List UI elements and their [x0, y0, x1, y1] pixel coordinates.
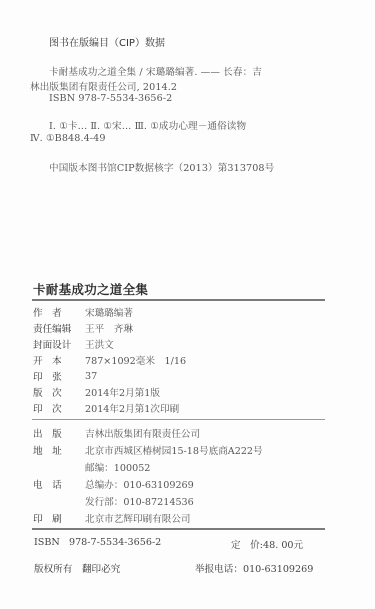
detail-label: 作 者	[33, 305, 85, 319]
detail-row-author: 作 者 宋璐璐编著	[33, 305, 133, 319]
postcode-value: 邮编：100052	[85, 460, 150, 474]
isbn-value: 978-7-5534-3656-2	[69, 537, 161, 548]
price-label: 定 价	[231, 540, 260, 551]
detail-row-edition: 版 次 2014年2月第1版	[33, 385, 160, 399]
phone-label: 电 话	[33, 477, 85, 491]
detail-value: 王平 齐琳	[85, 321, 133, 335]
detail-label: 印 次	[33, 401, 85, 415]
detail-row-format: 开 本 787×1092毫米 1/16	[33, 353, 186, 367]
cip-line-1: 卡耐基成功之道全集 / 宋璐璐编著. —— 长春：吉	[49, 64, 262, 78]
detail-value: 2014年2月第1次印刷	[85, 401, 179, 415]
cip-heading: 图书在版编目（CIP）数据	[49, 34, 165, 49]
detail-value: 2014年2月第1版	[85, 385, 160, 399]
price-value: :48. 00元	[260, 540, 303, 551]
distribution-phone-value: 发行部：010-87214536	[85, 494, 194, 508]
printer-label: 印 刷	[33, 511, 85, 525]
detail-row-printing: 印 次 2014年2月第1次印刷	[33, 401, 179, 415]
publisher-row: 出 版 吉林出版集团有限责任公司	[33, 426, 200, 440]
publisher-value: 吉林出版集团有限责任公司	[85, 426, 200, 440]
book-title: 卡耐基成功之道全集	[33, 280, 148, 298]
report-phone: 010-63109269	[243, 564, 313, 575]
phone-value: 总编办：010-63109269	[85, 477, 194, 491]
cip-classification-line: Ⅰ. ①卡… Ⅱ. ①宋… Ⅲ. ①成功心理－通俗读物	[49, 118, 246, 132]
detail-value: 宋璐璐编著	[85, 305, 133, 319]
detail-row-editor: 责任编辑 王平 齐琳	[33, 321, 133, 335]
cip-line-2: 林出版集团有限责任公司, 2014.2	[30, 79, 177, 93]
printer-value: 北京市艺辉印刷有限公司	[85, 511, 191, 525]
detail-value: 37	[85, 371, 97, 382]
detail-label: 开 本	[33, 353, 85, 367]
publisher-label: 出 版	[33, 426, 85, 440]
isbn-label: ISBN	[34, 537, 60, 548]
cip-classification-line-2: Ⅳ. ①B848.4-49	[30, 133, 106, 144]
copyright-notice: 版权所有 翻印必究	[34, 561, 120, 575]
cip-record-number: 中国版本图书馆CIP数据核字（2013）第313708号	[49, 160, 274, 174]
detail-value: 王洪文	[85, 337, 114, 351]
report-footer: 举报电话：010-63109269	[195, 561, 313, 575]
price-footer: 定 价:48. 00元	[231, 537, 303, 551]
detail-row-sheets: 印 张 37	[33, 369, 97, 383]
detail-value: 787×1092毫米 1/16	[85, 353, 186, 367]
detail-label: 封面设计	[33, 337, 85, 351]
address-label: 地 址	[33, 443, 85, 457]
divider-top	[32, 299, 325, 301]
detail-label: 责任编辑	[33, 321, 85, 335]
divider-middle	[32, 419, 325, 420]
detail-label: 版 次	[33, 385, 85, 399]
report-label: 举报电话：	[195, 564, 243, 575]
address-row: 地 址 北京市西城区椿树园15-18号底商A222号	[33, 443, 263, 457]
printer-row: 印 刷 北京市艺辉印刷有限公司	[33, 511, 191, 525]
copyright-page: 图书在版编目（CIP）数据 卡耐基成功之道全集 / 宋璐璐编著. —— 长春：吉…	[0, 0, 375, 609]
distribution-phone-row: 发行部：010-87214536	[33, 494, 194, 508]
detail-label: 印 张	[33, 369, 85, 383]
divider-bottom	[32, 528, 325, 530]
isbn-footer: ISBN 978-7-5534-3656-2	[34, 537, 161, 548]
postcode-row: 邮编：100052	[33, 460, 150, 474]
phone-row: 电 话 总编办：010-63109269	[33, 477, 194, 491]
address-value: 北京市西城区椿树园15-18号底商A222号	[85, 443, 263, 457]
detail-row-cover-design: 封面设计 王洪文	[33, 337, 114, 351]
cip-isbn-line: ISBN 978-7-5534-3656-2	[49, 93, 172, 104]
